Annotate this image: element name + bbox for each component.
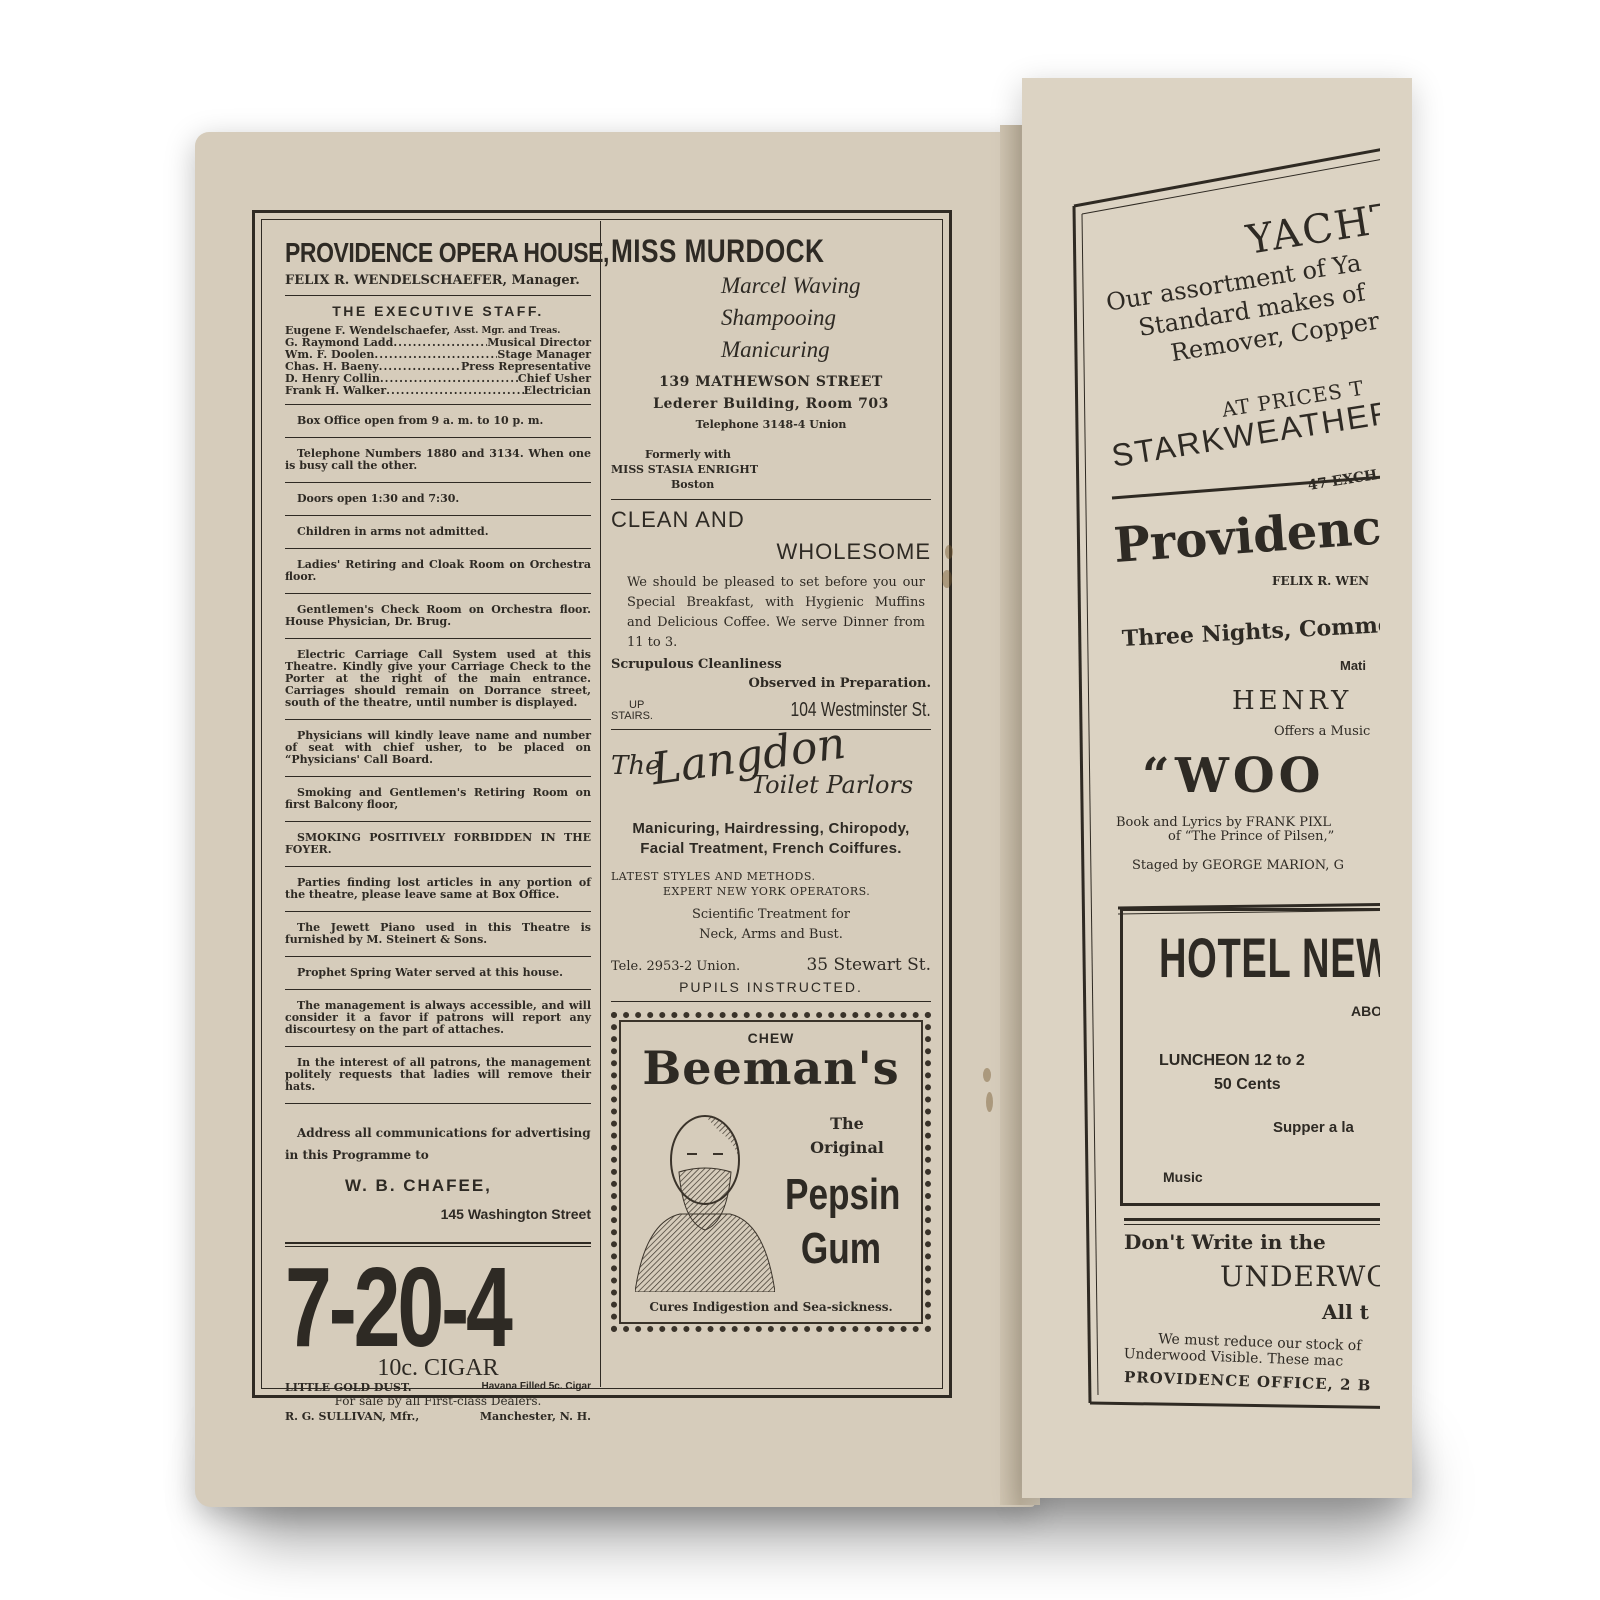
manager-line: FELIX R. WENDELSCHAEFER, Manager. [285, 273, 591, 288]
leader-dots [393, 337, 487, 349]
divider [285, 593, 591, 594]
hotel-music: Music [1163, 1169, 1203, 1185]
providence-presenter: HENRY [1232, 686, 1352, 716]
beeman-pepsin-gum: Pepsin Gum [785, 1168, 897, 1276]
murdock-telephone: Telephone 3148-4 Union [611, 418, 931, 431]
murdock-ad: MISS MURDOCK Marcel Waving Shampooing Ma… [611, 233, 931, 492]
formerly-line: Boston [671, 477, 931, 492]
staff-row: Frank H. WalkerElectrician [285, 385, 591, 397]
langdon-address: 35 Stewart St. [806, 955, 931, 975]
hotel-title: HOTEL NEWM [1159, 925, 1380, 990]
restaurant-heading-1: CLEAN AND [611, 507, 931, 533]
notice-hats: In the interest of all patrons, the mana… [285, 1054, 591, 1096]
divider [611, 499, 931, 500]
cigar-location: Manchester, N. H. [480, 1410, 591, 1423]
notice-management: The management is always accessible, and… [285, 997, 591, 1039]
cigar-brand: 7-20-4 [285, 1255, 524, 1360]
providence-staged: Staged by GEORGE MARION, G [1132, 858, 1344, 873]
underwood-all: All t [1322, 1300, 1369, 1324]
latest-line-1: LATEST STYLES AND METHODS. [611, 869, 931, 884]
murdock-service: Shampooing [721, 302, 931, 334]
restaurant-heading-2: WHOLESOME [611, 539, 931, 565]
divider [285, 911, 591, 912]
notice-lost-articles: Parties finding lost articles in any por… [285, 874, 591, 904]
langdon-script-logo: The Langdon Toilet Parlors [611, 737, 931, 813]
notice-telephone: Telephone Numbers 1880 and 3134. When on… [285, 445, 591, 475]
providence-show-title: “WOO [1142, 748, 1324, 804]
underwood-headline: Don't Write in the [1124, 1230, 1326, 1254]
beeman-tagline: Cures Indigestion and Sea-sickness. [617, 1300, 925, 1314]
paper-stain [945, 545, 953, 559]
staff-list: Eugene F. Wendelschaefer, Asst. Mgr. and… [285, 325, 591, 397]
scientific-line-1: Scientific Treatment for [611, 905, 931, 925]
portrait-illustration-icon [635, 1102, 775, 1292]
cigar-second-brand-line: LITTLE GOLD DUST. Havana Filled 5c. Ciga… [285, 1381, 591, 1394]
langdon-services: Manicuring, Hairdressing, Chiropody, Fac… [611, 819, 931, 859]
beeman-the: The [787, 1112, 907, 1136]
underwood-brand: UNDERWO [1220, 1260, 1380, 1293]
restaurant-location: UP STAIRS. 104 Westminster St. [611, 699, 931, 722]
ads-column: MISS MURDOCK Marcel Waving Shampooing Ma… [611, 223, 931, 1332]
scientific-line-2: Neck, Arms and Bust. [611, 925, 931, 945]
upstairs-label: UP STAIRS. [611, 700, 653, 722]
divider [285, 1103, 591, 1104]
opera-house-title: PROVIDENCE OPERA HOUSE, [285, 237, 536, 269]
hotel-supper: Supper a la [1273, 1119, 1354, 1136]
hotel-ad: HOTEL NEWM ABO LUNCHEON 12 to 2 50 Cents… [1120, 908, 1380, 1206]
notice-doors: Doors open 1:30 and 7:30. [285, 490, 591, 508]
staff-name: Frank H. Walker [285, 385, 386, 397]
luncheon-hours: LUNCHEON 12 to 2 [1159, 1049, 1305, 1073]
notice-box-office: Box Office open from 9 a. m. to 10 p. m. [285, 412, 591, 430]
advertising-contact-name: W. B. CHAFEE, [345, 1176, 591, 1196]
murdock-service: Marcel Waving [721, 270, 931, 302]
langdon-latest: LATEST STYLES AND METHODS. EXPERT NEW YO… [611, 869, 931, 899]
left-page-frame: PROVIDENCE OPERA HOUSE, FELIX R. WENDELS… [252, 210, 952, 1398]
formerly-line: MISS STASIA ENRIGHT [611, 462, 931, 477]
leader-dots [380, 373, 518, 385]
langdon-telephone: Tele. 2953-2 Union. [611, 959, 740, 974]
notice-smoking-forbidden: SMOKING POSITIVELY FORBIDDEN IN THE FOYE… [285, 829, 591, 859]
divider [285, 515, 591, 516]
divider [285, 989, 591, 990]
langdon-scientific: Scientific Treatment for Neck, Arms and … [611, 905, 931, 945]
murdock-street: 139 MATHEWSON STREET [611, 374, 931, 390]
restaurant-body: We should be pleased to set before you o… [611, 573, 931, 653]
opera-house-column: PROVIDENCE OPERA HOUSE, FELIX R. WENDELS… [285, 223, 591, 1423]
hotel-abo: ABO [1351, 1003, 1380, 1019]
langdon-ad: The Langdon Toilet Parlors Manicuring, H… [611, 737, 931, 995]
cigar-second-brand: LITTLE GOLD DUST. [285, 1381, 412, 1394]
divider [285, 548, 591, 549]
leader-dots [386, 385, 524, 397]
beeman-brand: Beeman's [617, 1046, 925, 1090]
leader-dots [379, 361, 461, 373]
notice-carriage: Electric Carriage Call System used at th… [285, 646, 591, 712]
formerly-line: Formerly with [645, 447, 931, 462]
divider [285, 638, 591, 639]
divider [611, 1001, 931, 1002]
divider [285, 866, 591, 867]
divider [285, 482, 591, 483]
beeman-gum: Gum [785, 1222, 897, 1276]
beeman-gum-ad: CHEW Beeman's The Original P [611, 1012, 931, 1332]
cigar-dealers: For sale by all First-class Dealers. [285, 1394, 591, 1408]
double-divider [1124, 1218, 1380, 1225]
langdon-pupils: PUPILS INSTRUCTED. [611, 979, 931, 995]
murdock-title: MISS MURDOCK [611, 233, 873, 270]
paper-stain [983, 1068, 991, 1082]
murdock-building: Lederer Building, Room 703 [611, 396, 931, 412]
notice-piano: The Jewett Piano used in this Theatre is… [285, 919, 591, 949]
beeman-pepsin: Pepsin [785, 1168, 897, 1222]
notice-water: Prophet Spring Water served at this hous… [285, 964, 591, 982]
divider [285, 821, 591, 822]
beeman-the-original: The Original [787, 1112, 907, 1160]
notice-physicians: Physicians will kindly leave name and nu… [285, 727, 591, 769]
beeman-original: Original [787, 1136, 907, 1160]
providence-manager: FELIX R. WEN [1272, 574, 1369, 588]
notice-ladies-room: Ladies' Retiring and Cloak Room on Orche… [285, 556, 591, 586]
staff-role: Electrician [524, 385, 591, 397]
luncheon-price: 50 Cents [1214, 1073, 1305, 1097]
column-divider [600, 221, 601, 1387]
divider [285, 437, 591, 438]
notice-check-room: Gentlemen's Check Room on Orchestra floo… [285, 601, 591, 631]
restaurant-tagline-1: Scrupulous Cleanliness [611, 657, 931, 672]
divider [285, 776, 591, 777]
stairs-text: STAIRS. [611, 711, 653, 722]
divider [285, 719, 591, 720]
cigar-maker: R. G. SULLIVAN, Mfr., [285, 1410, 419, 1423]
murdock-service: Manicuring [721, 334, 931, 366]
notice-children: Children in arms not admitted. [285, 523, 591, 541]
credits-line: of “The Prince of Pilsen,” [1168, 830, 1334, 844]
divider [285, 404, 591, 405]
murdock-formerly: Formerly with MISS STASIA ENRIGHT Boston [611, 447, 931, 492]
right-page-content: YACHT Our assortment of Ya Standard make… [1022, 78, 1380, 1498]
divider [285, 295, 591, 296]
advertising-contact-address: 145 Washington Street [285, 1206, 591, 1222]
staff-heading: THE EXECUTIVE STAFF. [285, 303, 591, 319]
paper-stain [942, 570, 952, 588]
hotel-luncheon: LUNCHEON 12 to 2 50 Cents [1159, 1049, 1305, 1097]
credits-line: Book and Lyrics by FRANK PIXL [1116, 816, 1334, 830]
script-toilet-parlors: Toilet Parlors [751, 771, 913, 799]
divider [285, 956, 591, 957]
langdon-contact: Tele. 2953-2 Union. 35 Stewart St. [611, 955, 931, 975]
cigar-maker-line: R. G. SULLIVAN, Mfr., Manchester, N. H. [285, 1410, 591, 1423]
notice-smoking-room: Smoking and Gentlemen's Retiring Room on… [285, 784, 591, 814]
providence-credits: Book and Lyrics by FRANK PIXL of “The Pr… [1116, 816, 1334, 844]
divider [285, 1046, 591, 1047]
providence-offers: Offers a Music [1274, 724, 1370, 739]
providence-matinee: Mati [1340, 658, 1366, 673]
restaurant-tagline-2: Observed in Preparation. [611, 676, 931, 691]
latest-line-2: EXPERT NEW YORK OPERATORS. [663, 884, 931, 899]
paper-stain [986, 1092, 993, 1112]
restaurant-address: 104 Westminster St. [791, 699, 931, 722]
restaurant-ad: CLEAN AND WHOLESOME We should be pleased… [611, 507, 931, 722]
advertising-contact-text: Address all communications for advertisi… [285, 1122, 591, 1166]
cigar-second-desc: Havana Filled 5c. Cigar [482, 1381, 592, 1394]
